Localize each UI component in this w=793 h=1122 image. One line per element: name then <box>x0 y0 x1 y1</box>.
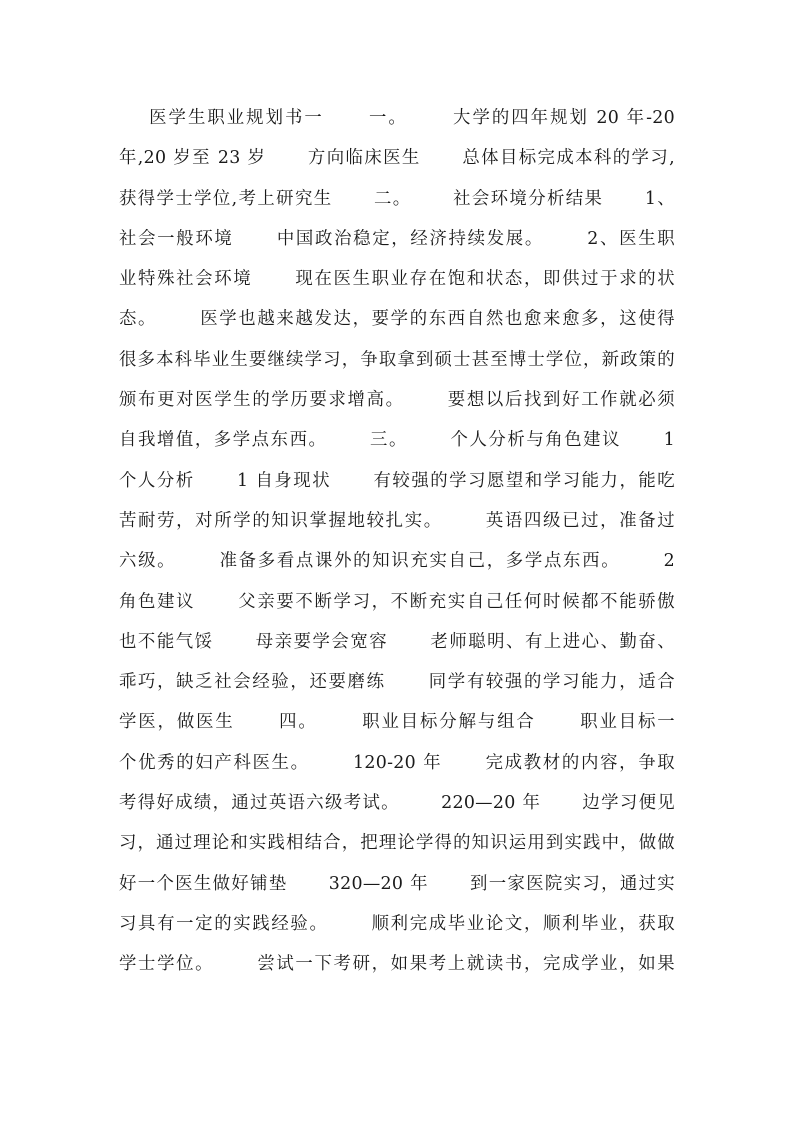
text-line: 业特殊社会环境 现在医生职业存在饱和状态，即供过于求的状 <box>119 259 675 299</box>
text-line: 很多本科毕业生要继续学习，争取拿到硕士甚至博士学位，新政策的 <box>119 340 675 380</box>
text-line: 也不能气馁 母亲要学会宽容 老师聪明、有上进心、勤奋、 <box>119 622 675 662</box>
text-line: 态。 医学也越来越发达，要学的东西自然也愈来愈多，这使得 <box>119 299 675 339</box>
text-line: 颁布更对医学生的学历要求增高。 要想以后找到好工作就必须 <box>119 380 675 420</box>
text-line: 学士学位。 尝试一下考研，如果考上就读书，完成学业，如果 <box>119 944 675 984</box>
text-line: 好一个医生做好铺垫 320—20 年 到一家医院实习，通过实 <box>119 864 675 904</box>
text-line: 习，通过理论和实践相结合，把理论学得的知识运用到实践中，做做 <box>119 823 675 863</box>
text-line: 获得学士学位,考上研究生 二。 社会环境分析结果 1、 <box>119 179 675 219</box>
text-line: 社会一般环境 中国政治稳定，经济持续发展。 2、医生职 <box>119 219 675 259</box>
text-line: 苦耐劳，对所学的知识掌握地较扎实。 英语四级已过，准备过 <box>119 501 675 541</box>
text-line: 个优秀的妇产科医生。 120-20 年 完成教材的内容，争取 <box>119 743 675 783</box>
text-line: 乖巧，缺乏社会经验，还要磨练 同学有较强的学习能力，适合 <box>119 662 675 702</box>
text-line: 六级。 准备多看点课外的知识充实自己，多学点东西。 2 <box>119 541 675 581</box>
text-line: 学医，做医生 四。 职业目标分解与组合 职业目标一 <box>119 702 675 742</box>
text-line: 自我增值，多学点东西。 三。 个人分析与角色建议 1 <box>119 420 675 460</box>
text-line: 考得好成绩，通过英语六级考试。 220—20 年 边学习便见 <box>119 783 675 823</box>
document-page: 医学生职业规划书一 一。 大学的四年规划 20 年-20 年,20 岁至 23 … <box>119 98 675 985</box>
text-line: 个人分析 1 自身现状 有较强的学习愿望和学习能力，能吃 <box>119 461 675 501</box>
text-line: 角色建议 父亲要不断学习，不断充实自己任何时候都不能骄傲 <box>119 582 675 622</box>
text-line: 医学生职业规划书一 一。 大学的四年规划 20 年-20 <box>119 98 675 138</box>
text-line: 年,20 岁至 23 岁 方向临床医生 总体目标完成本科的学习, <box>119 138 675 178</box>
text-line: 习具有一定的实践经验。 顺利完成毕业论文，顺利毕业，获取 <box>119 904 675 944</box>
